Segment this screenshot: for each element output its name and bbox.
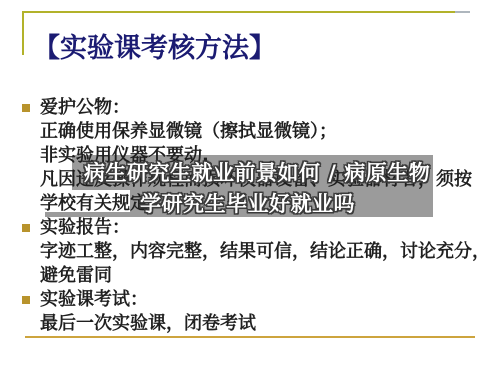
left-border-rule: [22, 11, 24, 55]
body-line: 实验课考试：: [40, 289, 148, 310]
bullet-square-icon: [22, 104, 30, 112]
body-line: 避免雷同: [40, 265, 112, 286]
body-line-final-exam: 最后一次实验课，闭卷考试: [22, 312, 488, 336]
body-line-no-plagiarism: 避免雷同: [22, 264, 488, 288]
body-line: 爱护公物：: [40, 97, 130, 118]
body-line: 学校有关规定: [40, 193, 148, 214]
bullet-item-lab-report: 实验报告：: [22, 216, 488, 240]
bottom-rule: [25, 336, 475, 338]
bullet-square-icon: [22, 224, 30, 232]
top-border-rule: [22, 11, 455, 13]
watermark-text-line1: 病生研究生就业前景如何 / 病原生物: [84, 157, 430, 187]
watermark-text-line2: 学研究生毕业好就业吗: [140, 188, 355, 218]
bullet-item-lab-exam: 实验课考试：: [22, 288, 488, 312]
body-line: 字迹工整，内容完整，结果可信，结论正确，讨论充分，: [40, 241, 490, 262]
slide-canvas: 【实验课考核方法】 爱护公物： 正确使用保养显微镜（擦拭显微镜）； 非实验用仪器…: [0, 0, 500, 375]
body-line-report-quality: 字迹工整，内容完整，结果可信，结论正确，讨论充分，: [22, 240, 488, 264]
bullet-square-icon: [22, 296, 30, 304]
body-line-microscope: 正确使用保养显微镜（擦拭显微镜）；: [22, 120, 488, 144]
top-border-rule-tail: [455, 11, 470, 13]
bullet-item-care-equipment: 爱护公物：: [22, 96, 488, 120]
slide-title: 【实验课考核方法】: [33, 26, 276, 65]
body-line: 实验报告：: [40, 217, 130, 238]
body-line: 正确使用保养显微镜（擦拭显微镜）；: [40, 121, 337, 142]
body-line: 最后一次实验课，闭卷考试: [40, 313, 256, 334]
